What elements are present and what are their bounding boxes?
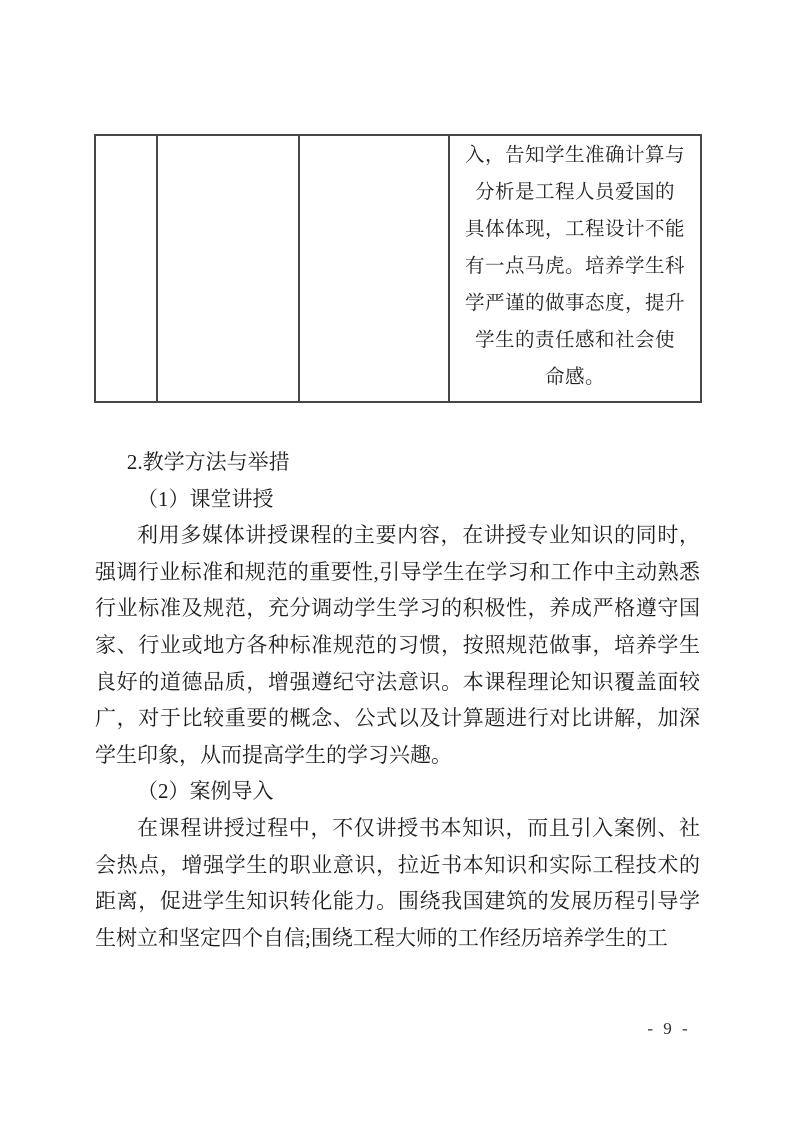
- subsection-heading-2: （2）案例导入: [95, 773, 700, 810]
- subsection-heading-1: （1）课堂讲授: [95, 481, 700, 518]
- table-cell-ideology-note: 入，告知学生准确计算与 分析是工程人员爱国的 具体体现，工程设计不能 有一点马虎…: [450, 136, 700, 401]
- section-heading: 2.教学方法与举措: [95, 444, 700, 481]
- page-number: - 9 -: [630, 1019, 708, 1039]
- paragraph-case-intro: 在课程讲授过程中，不仅讲授书本知识，而且引入案例、社会热点，增强学生的职业意识，…: [95, 810, 700, 956]
- table-cell-empty-2: [158, 136, 300, 401]
- table-continuation: 入，告知学生准确计算与 分析是工程人员爱国的 具体体现，工程设计不能 有一点马虎…: [94, 134, 702, 403]
- paragraph-lecture: 利用多媒体讲授课程的主要内容，在讲授专业知识的同时，强调行业标准和规范的重要性,…: [95, 517, 700, 773]
- body-text: 2.教学方法与举措 （1）课堂讲授 利用多媒体讲授课程的主要内容，在讲授专业知识…: [95, 444, 700, 956]
- table-cell-empty-3: [300, 136, 450, 401]
- document-page: 入，告知学生准确计算与 分析是工程人员爱国的 具体体现，工程设计不能 有一点马虎…: [0, 0, 794, 1123]
- table-cell-empty-1: [96, 136, 158, 401]
